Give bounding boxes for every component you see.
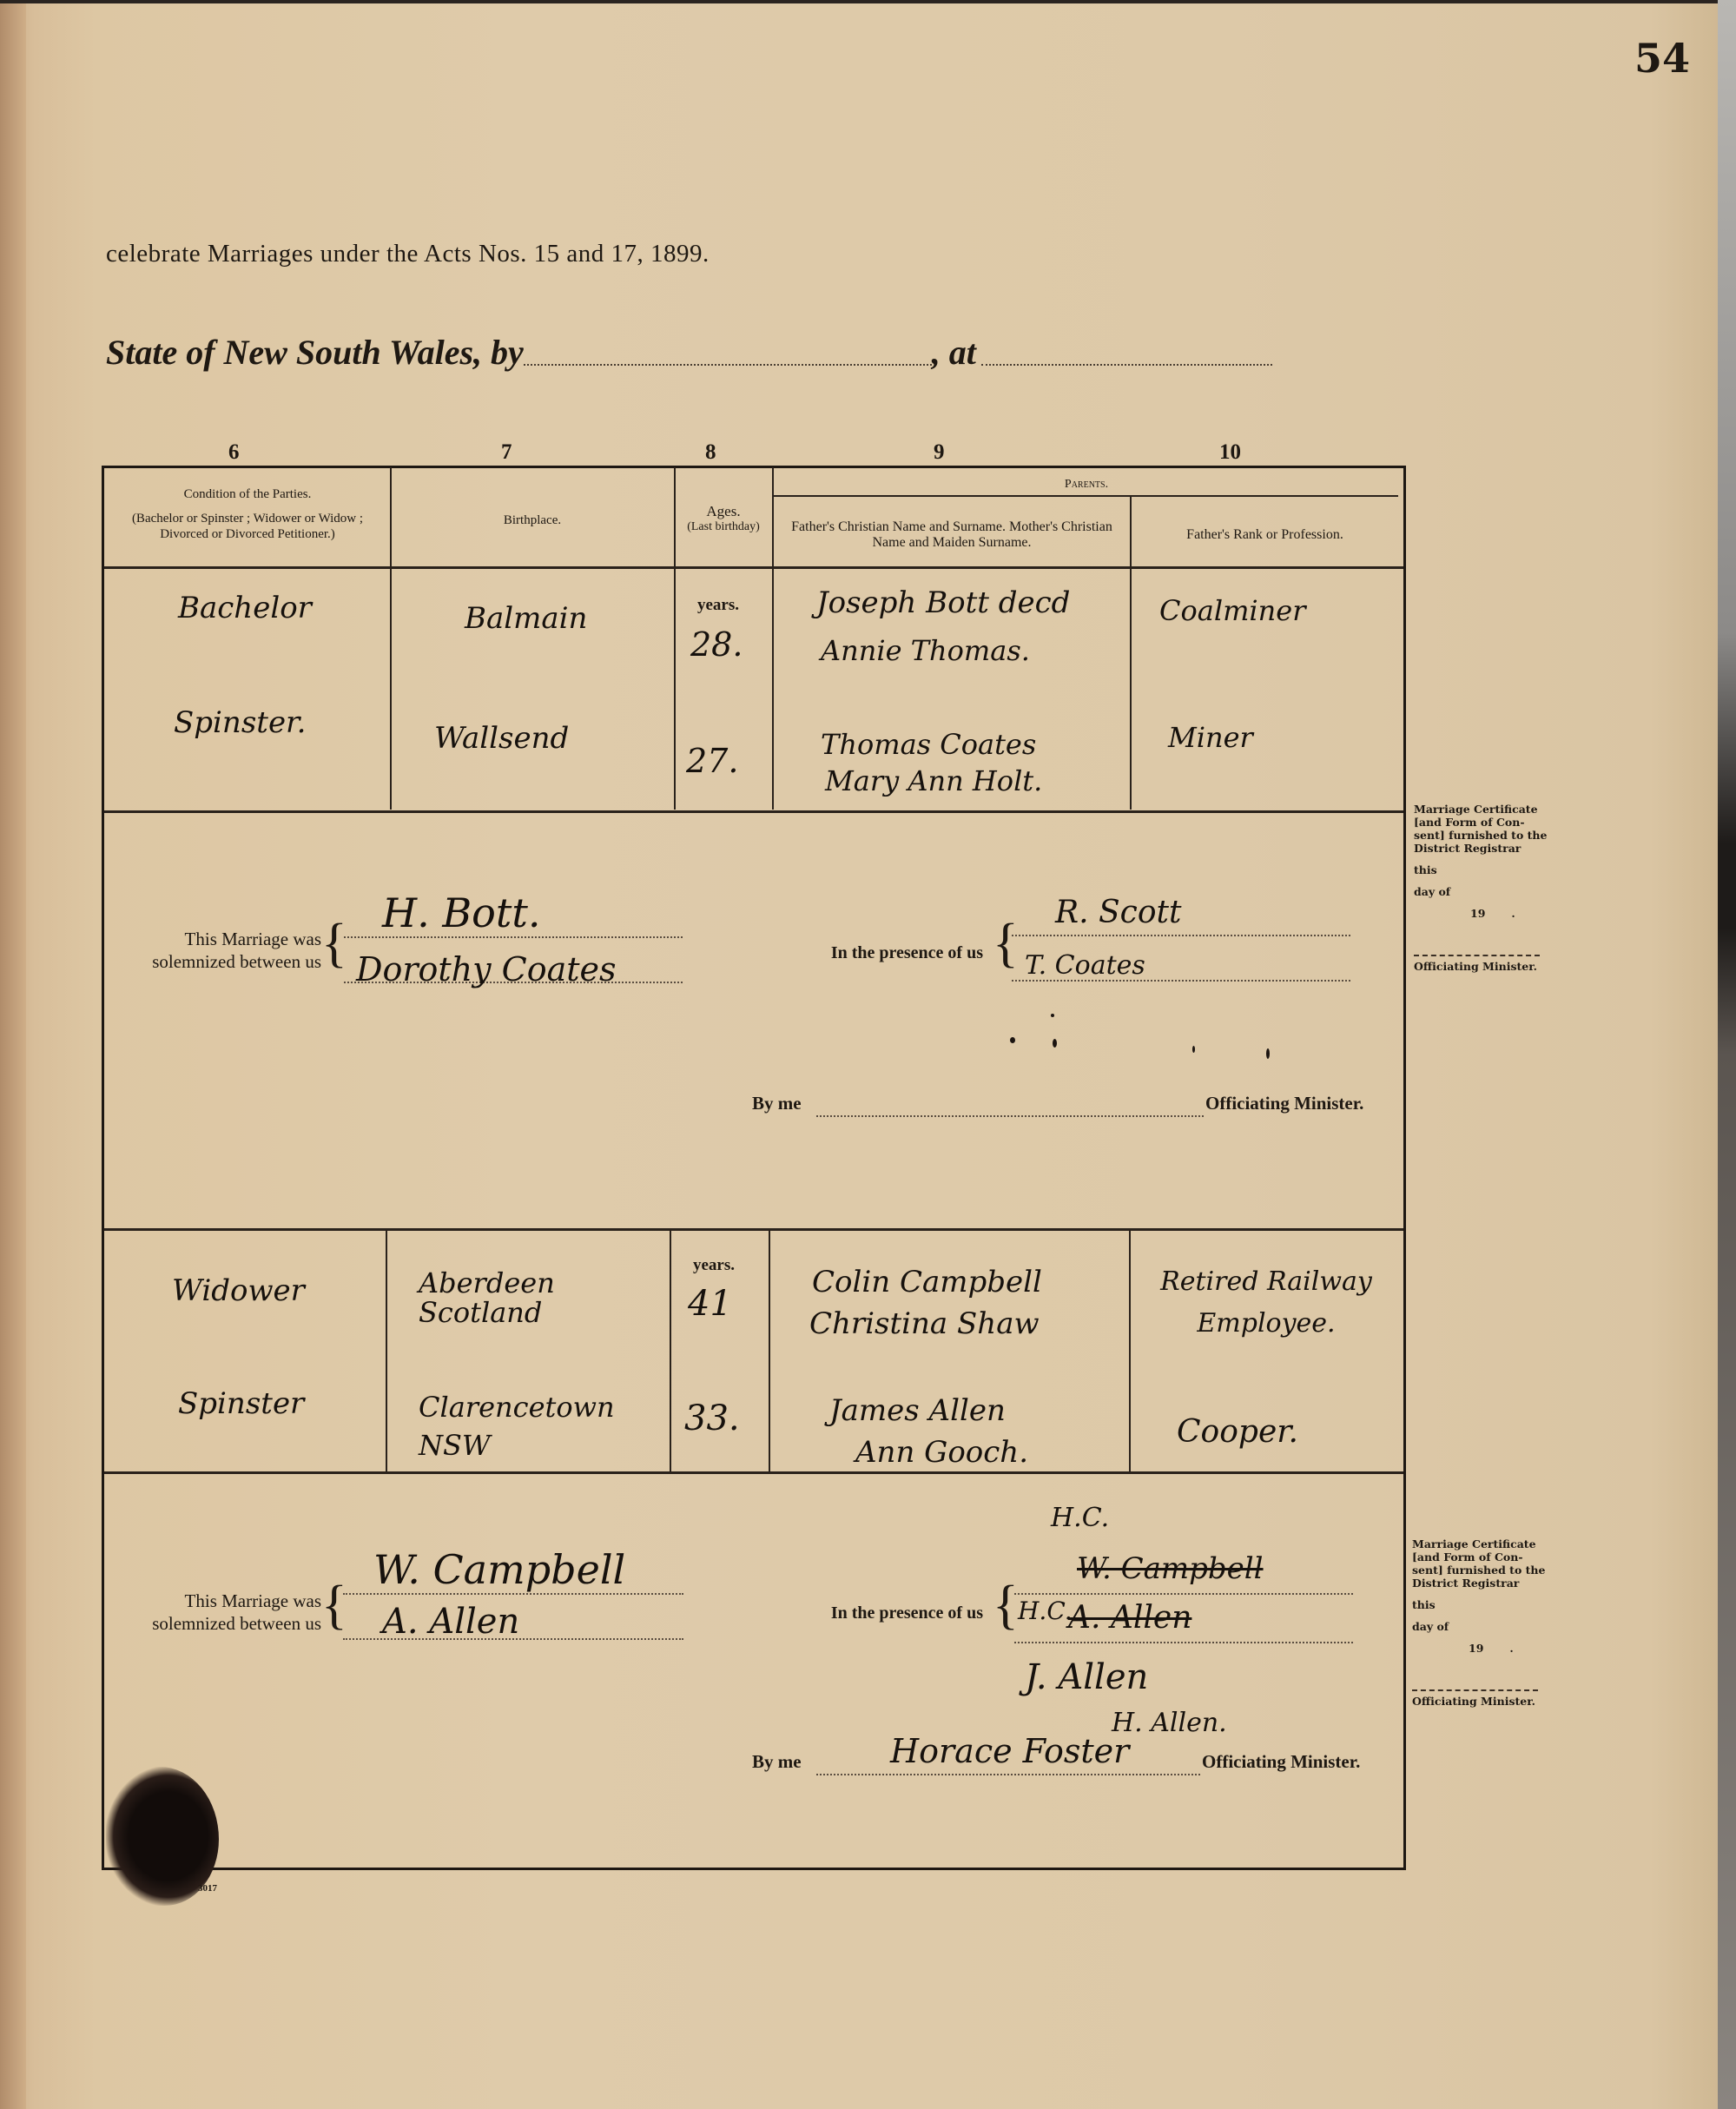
header-ages: Ages. (Last birthday) — [676, 504, 771, 535]
margin-note-line: [and Form of Con- — [1414, 816, 1553, 829]
entry1-bride-age: 27. — [686, 742, 738, 780]
header-condition-sub: (Bachelor or Spinster ; Widower or Widow… — [109, 511, 386, 542]
header-condition-title: Condition of the Parties. — [109, 486, 386, 502]
entry-divider — [104, 810, 1403, 813]
header-father-rank: Father's Rank or Profession. — [1132, 527, 1398, 543]
margin-note-this: this — [1414, 863, 1553, 876]
entry2-by-me-label: By me — [752, 1751, 802, 1773]
entry2-solemnized-label: This Marriage was solemnized between us — [104, 1590, 321, 1635]
margin-note-day-of: day of — [1414, 885, 1553, 898]
entry2-groom-mother: Christina Shaw — [809, 1306, 1040, 1341]
entry1-bride-father-profession: Miner — [1168, 721, 1253, 754]
entry1-groom-mother: Annie Thomas. — [821, 634, 1030, 667]
book-edge — [1718, 0, 1736, 2109]
entry1-by-me-label: By me — [752, 1093, 802, 1114]
entry2-witness1-struck: W. Campbell — [1077, 1551, 1264, 1586]
ink-speck — [1010, 1037, 1015, 1043]
column-number-7: 7 — [501, 440, 512, 465]
page-number: 54 — [1634, 35, 1690, 82]
entry2-groom-condition: Widower — [172, 1273, 305, 1308]
entry1-witness1: R. Scott — [1055, 895, 1181, 930]
entry1-groom-father-profession: Coalminer — [1159, 594, 1305, 627]
entry1-bride-birthplace: Wallsend — [434, 721, 569, 756]
entry2-groom-signature: W. Campbell — [373, 1546, 625, 1593]
entry1-groom-signature: H. Bott. — [382, 889, 540, 936]
ink-speck — [1192, 1046, 1195, 1053]
entry1-minister-signature-line[interactable] — [816, 1115, 1204, 1117]
entry2-witness1-line[interactable] — [1014, 1593, 1353, 1595]
solemnized-label-line1: This Marriage was — [104, 1590, 321, 1612]
entry1-witness1-line[interactable] — [1012, 935, 1350, 936]
entry2-groom-birthplace: Aberdeen Scotland — [419, 1268, 679, 1327]
entry1-groom-birthplace: Balmain — [465, 601, 587, 636]
margin-note-line: Marriage Certificate — [1414, 803, 1553, 816]
margin-note-signature-line[interactable] — [1412, 1689, 1538, 1691]
entry2-years-label: years. — [693, 1256, 735, 1275]
ink-speck — [1053, 1039, 1057, 1048]
margin-note-1: Marriage Certificate [and Form of Con- s… — [1414, 803, 1553, 973]
entry1-groom-signature-line[interactable] — [344, 936, 683, 938]
margin-note-line: [and Form of Con- — [1412, 1550, 1551, 1564]
entry2-minister-signature-line[interactable] — [816, 1774, 1200, 1775]
entry2-bride-mother: Ann Gooch. — [855, 1435, 1028, 1470]
entry2-groom-father: Colin Campbell — [812, 1265, 1042, 1299]
parents-divider — [773, 495, 1398, 497]
at-field[interactable] — [981, 364, 1272, 366]
margin-note-signature-line[interactable] — [1414, 955, 1540, 956]
entry1-groom-condition: Bachelor — [178, 591, 312, 625]
entry2-bride-father-profession: Cooper. — [1177, 1414, 1298, 1450]
col-divider — [1129, 1229, 1131, 1471]
margin-note-year-value: 19 — [1469, 1642, 1483, 1655]
entry2-bride-birthplace: Clarencetown NSW — [419, 1388, 670, 1464]
entry2-witness2-correction: H.C. — [1018, 1597, 1073, 1625]
entry2-groom-signature-line[interactable] — [343, 1593, 683, 1595]
margin-note-year-value: 19 — [1470, 907, 1485, 920]
entry1-bride-father: Thomas Coates — [821, 728, 1036, 761]
entry2-groom-father-profession: Retired Railway Employee. — [1145, 1261, 1388, 1345]
margin-note-minister: Officiating Minister. — [1414, 960, 1553, 973]
register-page: 54 celebrate Marriages under the Acts No… — [0, 3, 1718, 2109]
entry2-groom-age: 41 — [688, 1284, 732, 1324]
entry2-minister-signature: Horace Foster — [890, 1732, 1129, 1770]
entry1-groom-father: Joseph Bott decd — [816, 585, 1070, 620]
brace-icon: { — [321, 917, 347, 969]
entry1-bride-signature: Dorothy Coates — [356, 950, 617, 988]
state-line: State of New South Wales, by , at — [106, 332, 1272, 373]
state-prefix: State of New South Wales, by — [106, 332, 524, 373]
intro-text: celebrate Marriages under the Acts Nos. … — [106, 240, 710, 268]
margin-note-2: Marriage Certificate [and Form of Con- s… — [1412, 1537, 1551, 1708]
entry-divider — [104, 1471, 1403, 1474]
margin-note-year: 19. — [1414, 907, 1553, 920]
entry1-bride-mother: Mary Ann Holt. — [825, 764, 1042, 797]
col-divider — [769, 1229, 770, 1471]
brace-icon: { — [993, 1579, 1019, 1631]
entry1-solemnized-label: This Marriage was solemnized between us — [104, 928, 321, 973]
header-parents: Parents. — [775, 477, 1398, 493]
header-ages-sub: (Last birthday) — [676, 519, 771, 535]
margin-note-this: this — [1412, 1598, 1551, 1611]
entry2-bride-signature: A. Allen — [382, 1602, 519, 1642]
entry2-minister-label: Officiating Minister. — [1202, 1751, 1360, 1773]
book-spine — [0, 3, 26, 2109]
header-ages-title: Ages. — [676, 504, 771, 519]
entry2-witness3: J. Allen — [1025, 1657, 1148, 1697]
entry-divider — [104, 1228, 1403, 1231]
entry2-presence-label: In the presence of us — [764, 1602, 983, 1624]
ink-speck — [1051, 1014, 1054, 1017]
entry2-bride-condition: Spinster — [178, 1386, 304, 1421]
form-number: 3017 — [198, 1883, 217, 1894]
entry1-minister-label: Officiating Minister. — [1205, 1093, 1363, 1114]
header-condition: Condition of the Parties. (Bachelor or S… — [109, 486, 386, 542]
entry2-witness2-line[interactable] — [1014, 1642, 1353, 1643]
by-field[interactable] — [524, 364, 932, 366]
margin-note-year: 19. — [1412, 1642, 1551, 1655]
entry2-witness1-correction: H.C. — [1051, 1503, 1109, 1533]
entry1-bride-condition: Spinster. — [174, 705, 306, 740]
column-number-10: 10 — [1219, 440, 1241, 465]
column-number-9: 9 — [934, 440, 945, 465]
solemnized-label-line1: This Marriage was — [104, 928, 321, 950]
col-divider — [772, 467, 774, 810]
column-number-6: 6 — [228, 440, 240, 465]
margin-note-line: sent] furnished to the — [1412, 1564, 1551, 1577]
entry1-years-label: years. — [697, 596, 739, 615]
margin-note-line: District Registrar — [1414, 842, 1553, 855]
entry2-witness2-struck: A. Allen — [1068, 1600, 1191, 1636]
margin-note-line: District Registrar — [1412, 1577, 1551, 1590]
margin-note-day-of: day of — [1412, 1620, 1551, 1633]
col-divider — [390, 467, 392, 810]
col-divider — [386, 1229, 387, 1471]
entry1-witness2: T. Coates — [1025, 950, 1145, 981]
entry1-presence-label: In the presence of us — [764, 942, 983, 964]
ink-speck — [1266, 1048, 1270, 1059]
header-bottom-line — [104, 566, 1403, 569]
entry1-groom-age: 28. — [690, 625, 743, 664]
solemnized-label-line2: solemnized between us — [104, 950, 321, 973]
header-birthplace: Birthplace. — [393, 512, 672, 528]
solemnized-label-line2: solemnized between us — [104, 1612, 321, 1635]
state-at: , at — [932, 332, 976, 373]
col-divider — [1130, 497, 1132, 810]
margin-note-line: Marriage Certificate — [1412, 1537, 1551, 1550]
margin-note-line: sent] furnished to the — [1414, 829, 1553, 842]
margin-note-minister: Officiating Minister. — [1412, 1695, 1551, 1708]
entry2-bride-father: James Allen — [829, 1393, 1006, 1428]
header-parents-names: Father's Christian Name and Surname. Mot… — [776, 519, 1128, 551]
register-table — [102, 466, 1406, 1870]
entry2-bride-age: 33. — [684, 1398, 740, 1438]
column-number-8: 8 — [705, 440, 716, 465]
brace-icon: { — [993, 917, 1019, 969]
brace-icon: { — [321, 1579, 347, 1631]
